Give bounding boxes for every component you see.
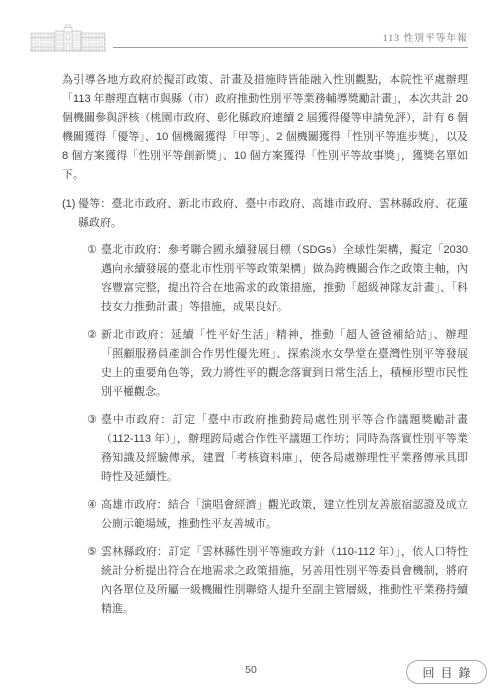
awardee-item-taichung: ③ 臺中市政府：訂定「臺中市政府推動跨局處性別平等合作議題獎勵計畫（112-11… bbox=[87, 411, 468, 487]
award-category-text: 優等：臺北市政府、新北市政府、臺中市政府、高雄市政府、雲林縣政府、花蓮縣政府。 bbox=[78, 195, 468, 233]
awardee-item-yunlin: ⑤ 雲林縣政府：訂定「雲林縣性別平等施政方針（110-112 年）」，依人口特性… bbox=[87, 543, 468, 619]
award-category-label: (1) bbox=[62, 195, 78, 233]
government-building-icon bbox=[30, 24, 106, 52]
award-category-item: (1) 優等：臺北市政府、新北市政府、臺中市政府、高雄市政府、雲林縣政府、花蓮縣… bbox=[62, 195, 468, 233]
document-page: 113 性別平等年報 為引導各地方政府於擬訂政策、計畫及措施時皆能融入性別觀點，… bbox=[0, 0, 502, 700]
awardee-description: 雲林縣政府：訂定「雲林縣性別平等施政方針（110-112 年）」，依人口特性統計… bbox=[101, 543, 468, 619]
header-divider bbox=[113, 47, 468, 48]
awardee-number-label: ② bbox=[87, 326, 101, 402]
awardee-number-label: ③ bbox=[87, 411, 101, 487]
awardee-description: 高雄市政府：結合「演唱會經濟」觀光政策，建立性別友善旅宿認證及成立公廁示範場域，… bbox=[101, 496, 468, 534]
awardee-number-label: ⑤ bbox=[87, 543, 101, 619]
awardee-description: 臺中市政府：訂定「臺中市政府推動跨局處性別平等合作議題獎勵計畫（112-113 … bbox=[101, 411, 468, 487]
awardee-item-newtaipei: ② 新北市政府：延續「性平好生活」精神，推動「超人爸爸補給站」、辦理「照顧服務員… bbox=[87, 326, 468, 402]
intro-paragraph: 為引導各地方政府於擬訂政策、計畫及措施時皆能融入性別觀點，本院性平處辦理「113… bbox=[62, 71, 468, 185]
awardee-description: 新北市政府：延續「性平好生活」精神，推動「超人爸爸補給站」、辦理「照顧服務員產訓… bbox=[101, 326, 468, 402]
awardee-item-kaohsiung: ④ 高雄市政府：結合「演唱會經濟」觀光政策，建立性別友善旅宿認證及成立公廁示範場… bbox=[87, 496, 468, 534]
awardee-number-label: ① bbox=[87, 241, 101, 317]
back-to-toc-label: 回目錄 bbox=[422, 664, 476, 681]
awardee-number-label: ④ bbox=[87, 496, 101, 534]
awardee-item-taipei: ① 臺北市政府：參考聯合國永續發展目標（SDGs）全球性架構，擬定「2030 邁… bbox=[87, 241, 468, 317]
back-to-toc-button[interactable]: 回目錄 bbox=[406, 660, 487, 684]
report-title: 113 性別平等年報 bbox=[383, 30, 468, 44]
page-body: 為引導各地方政府於擬訂政策、計畫及措施時皆能融入性別觀點，本院性平處辦理「113… bbox=[62, 71, 468, 619]
awardee-description: 臺北市政府：參考聯合國永續發展目標（SDGs）全球性架構，擬定「2030 邁向永… bbox=[101, 241, 468, 317]
